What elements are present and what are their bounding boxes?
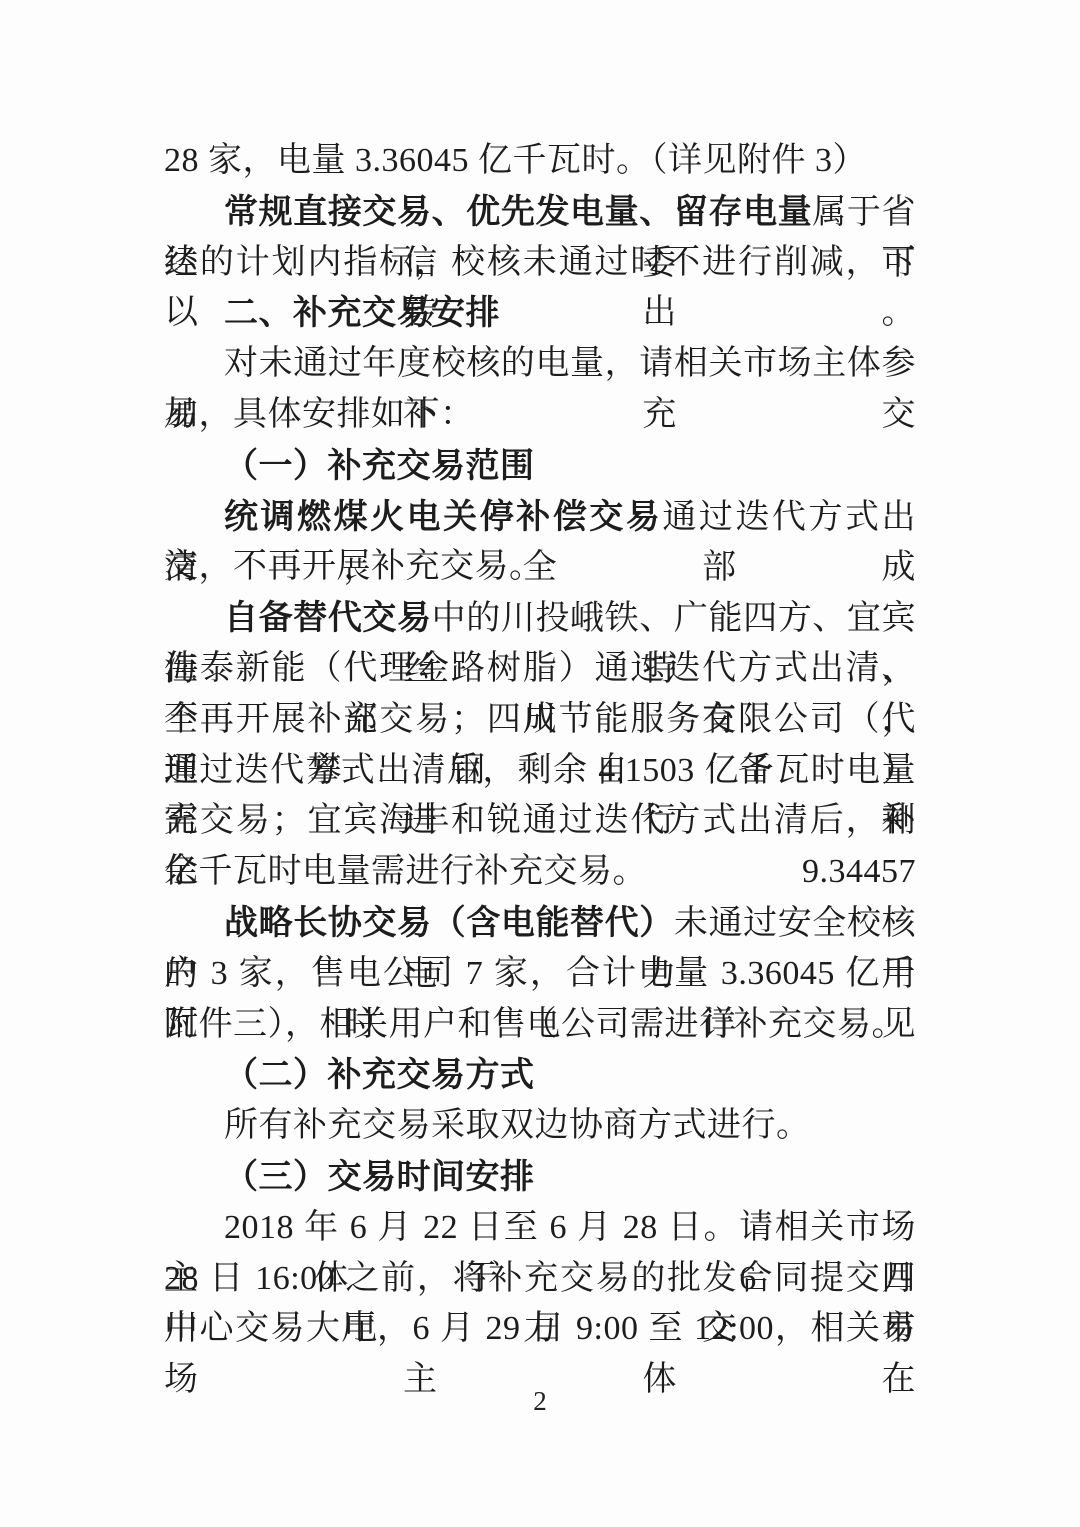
section-heading: （二）补充交易方式 xyxy=(164,1050,916,1101)
text-run: 亿千瓦时电量需进行补充交易。 xyxy=(164,853,647,890)
text-line: 达的计划内指标，校核未通过时不进行削减，可以转出。 xyxy=(164,238,916,289)
heading-text: （二）补充交易方式 xyxy=(224,1056,535,1094)
text-run: 交，不再开展补充交易。 xyxy=(164,548,544,585)
text-line: 不再开展补充交易；四川节能服务有限公司（代理攀钢自备） xyxy=(164,695,916,746)
section-heading: （一）补充交易范围 xyxy=(164,441,916,492)
text-run: 附件三），相关用户和售电公司需进行补充交易。 xyxy=(164,1006,906,1043)
heading-text: （三）交易时间安排 xyxy=(224,1158,535,1196)
text-line: 28 日 16:00 之前，将补充交易的批发合同提交四川电力交易 xyxy=(164,1254,916,1305)
bold-run: 自备替代交易 xyxy=(224,599,432,637)
text-line: 充交易；宜宾海丰和锐通过迭代方式出清后，剩余 9.34457 xyxy=(164,796,916,847)
text-line: 28 家，电量 3.36045 亿千瓦时。（详见附件 3） xyxy=(164,136,916,187)
heading-text: 二、补充交易安排 xyxy=(224,294,500,332)
text-block: 28 家，电量 3.36045 亿千瓦时。（详见附件 3） 常规直接交易、优先发… xyxy=(164,136,916,1355)
text-line: 2018 年 6 月 22 日至 6 月 28 日。请相关市场主体于 6 月 xyxy=(164,1203,916,1254)
text-line: 对未通过年度校核的电量，请相关市场主体参加补充交 xyxy=(164,339,916,390)
bold-run: 常规直接交易、优先发电量、留存电量 xyxy=(224,193,812,231)
document-page: 28 家，电量 3.36045 亿千瓦时。（详见附件 3） 常规直接交易、优先发… xyxy=(0,0,1080,1527)
bold-run: 战略长协交易（含电能替代） xyxy=(224,904,674,942)
text-line: 附件三），相关用户和售电公司需进行补充交易。 xyxy=(164,1000,916,1051)
text-run: 中心交易大厅，6 月 29 日 9:00 至 12:00，相关市场主体在 xyxy=(164,1310,916,1398)
heading-text: （一）补充交易范围 xyxy=(224,447,535,485)
text-run: 所有补充交易采取双边协商方式进行。 xyxy=(224,1107,811,1144)
text-line: 户 3 家，售电公司 7 家，合计电量 3.36045 亿千瓦时（详见 xyxy=(164,949,916,1000)
bold-run: 统调燃煤火电关停补偿交易 xyxy=(224,498,662,536)
text-line: 统调燃煤火电关停补偿交易通过迭代方式出清，全部成 xyxy=(164,492,916,543)
text-line: 战略长协交易（含电能替代）未通过安全校核的电力用 xyxy=(164,898,916,949)
page-number: 2 xyxy=(0,1386,1080,1417)
text-line: 常规直接交易、优先发电量、留存电量属于省经信委下 xyxy=(164,187,916,238)
text-line: 自备替代交易中的川投峨铁、广能四方、宜宾海丝特、 xyxy=(164,593,916,644)
text-line: 中心交易大厅，6 月 29 日 9:00 至 12:00，相关市场主体在 xyxy=(164,1304,916,1355)
text-line: 佳泰新能（代理金路树脂）通过迭代方式出清，全部成交， xyxy=(164,644,916,695)
text-run: 易，具体安排如下： xyxy=(164,396,475,433)
section-heading: （三）交易时间安排 xyxy=(164,1152,916,1203)
text-line: 所有补充交易采取双边协商方式进行。 xyxy=(164,1101,916,1152)
text-run: 28 家，电量 3.36045 亿千瓦时。（详见附件 3） xyxy=(164,142,867,179)
text-line: 通过迭代方式出清后，剩余 4.1503 亿千瓦时电量需进行补 xyxy=(164,746,916,797)
